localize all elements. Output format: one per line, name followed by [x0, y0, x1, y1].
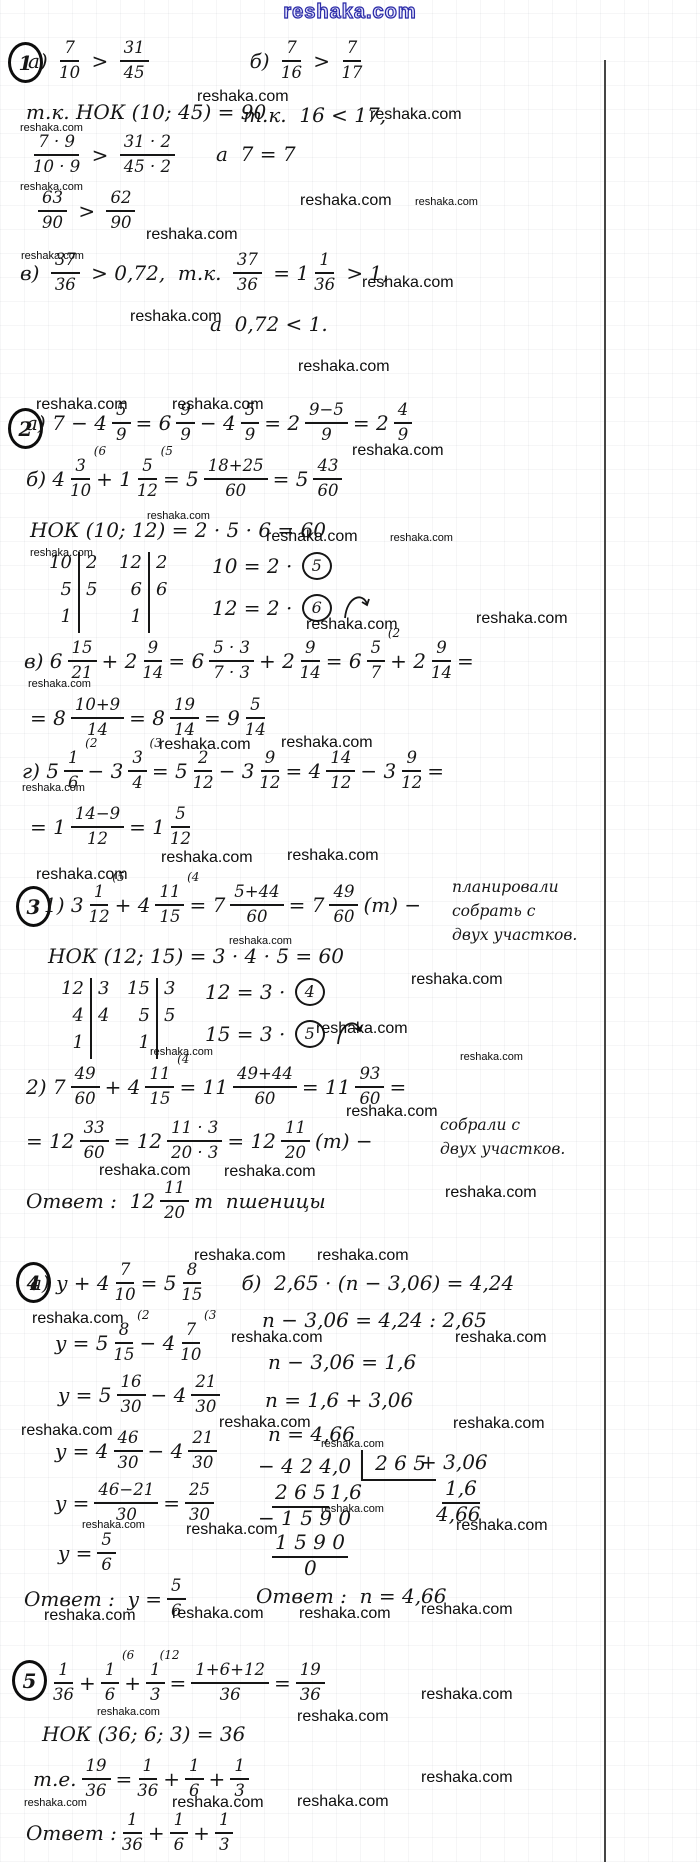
fraction-numerator: 14−9 [71, 806, 124, 828]
math-line: 102551 [40, 552, 97, 633]
fraction-numerator: 46−21 [94, 1482, 158, 1504]
math-line: 122661 [110, 552, 167, 633]
prime-factor [90, 1032, 98, 1059]
math-line: а 7 = 7 [216, 142, 296, 166]
margin-line [604, 60, 606, 1862]
fraction: 16 [170, 1812, 189, 1853]
math-text: = 5 [273, 467, 309, 491]
fraction: 815 [181, 1262, 202, 1303]
fraction: 310(6 [70, 458, 91, 499]
watermark: reshaka.com [224, 1163, 316, 1181]
fraction-numerator: 7 [343, 40, 362, 62]
fraction-denominator: 36 [122, 1834, 143, 1854]
watermark: reshaka.com [82, 1519, 145, 1531]
fraction-numerator: 11 [145, 1066, 174, 1088]
watermark: reshaka.com [317, 1247, 409, 1265]
fraction-denominator: 90 [42, 212, 63, 232]
math-text: собрали с [440, 1116, 520, 1134]
fraction-numerator: 25 [185, 1482, 214, 1504]
math-line: 136+16(6+13(12=1+6+1236=1936 [48, 1662, 330, 1703]
math-text: = 11 [179, 1075, 228, 1099]
watermark: reshaka.com [172, 1605, 264, 1623]
math-text: y = 4 [55, 1439, 109, 1463]
math-text: y = 5 [58, 1383, 112, 1407]
math-text: = [457, 649, 474, 673]
fraction: 514 [245, 697, 266, 738]
fraction-denominator: 15 [114, 1344, 135, 1364]
note-line: двух участков. [440, 1140, 565, 1158]
note-line: собрали с [440, 1116, 520, 1134]
fraction-denominator: 36 [55, 274, 76, 294]
fraction-numerator: 1 [101, 1662, 120, 1684]
fraction-numerator: 1 [185, 1758, 204, 1780]
fraction-numerator: 14 [326, 750, 355, 772]
math-text: = 5 [152, 759, 188, 783]
watermark: reshaka.com [194, 1247, 286, 1265]
factor-value: 1 [52, 1032, 90, 1059]
math-text: = 2 [353, 411, 389, 435]
math-text: = 1 [267, 261, 309, 285]
math-text: > [307, 49, 336, 73]
math-text: а 0,72 < 1. [210, 312, 328, 336]
fraction-denominator: 12 [401, 772, 422, 792]
math-text: + [79, 1671, 96, 1695]
fraction: 4960 [329, 884, 358, 925]
fraction-numerator: 5 · 3 [209, 640, 254, 662]
fraction: 710(3 [180, 1322, 201, 1363]
math-line: а) 710 > 3145б) 716 > 717 [28, 40, 367, 81]
fraction-numerator: 11 [281, 1120, 310, 1142]
fraction-denominator: 6 [105, 1684, 116, 1704]
watermark: reshaka.com [346, 1103, 438, 1121]
fraction-denominator: 9 [245, 424, 256, 444]
fraction-numerator: 5 [171, 806, 190, 828]
math-text: = 6 [168, 649, 204, 673]
watermark: reshaka.com [97, 1706, 160, 1718]
factor-value: 12 [110, 552, 148, 579]
factor-value: 1 [40, 606, 78, 633]
fraction: 13 [230, 1758, 249, 1799]
math-text: = 8 [129, 706, 165, 730]
factor-table-row: 55 [40, 579, 97, 606]
math-text: + [163, 1767, 180, 1791]
fraction-denominator: 17 [341, 62, 362, 82]
watermark: reshaka.com [231, 1329, 323, 1347]
math-line: n = 1,6 + 3,06 [265, 1388, 413, 1412]
factor-value: 1 [110, 606, 148, 633]
underlined-number: 1,6 [442, 1476, 480, 1504]
fraction-denominator: 12 [170, 828, 191, 848]
math-text: = 12 [26, 1129, 75, 1153]
fraction-denominator: 6 [101, 1554, 112, 1574]
extra-factor-mark: (4 [187, 871, 199, 883]
math-text: а) [28, 49, 54, 73]
watermark: reshaka.com [21, 250, 84, 262]
fraction-denominator: 36 [314, 274, 335, 294]
fraction-numerator: 9 [261, 750, 280, 772]
fraction-denominator: 30 [118, 1452, 139, 1472]
watermark: reshaka.com [415, 196, 478, 208]
math-text: = 4 [286, 759, 322, 783]
fraction-numerator: 1 [54, 1662, 73, 1684]
fraction-denominator: 20 [164, 1202, 185, 1222]
watermark: reshaka.com [32, 1310, 124, 1328]
fraction: 13 [215, 1812, 234, 1853]
fraction: 914 [142, 640, 163, 681]
math-text: = 1 [129, 815, 165, 839]
math-line: а) y + 4710= 5815б) 2,65 · (n − 3,06) = … [30, 1262, 514, 1303]
math-text: n − 3,06 = 1,6 [268, 1350, 416, 1374]
watermark: reshaka.com [22, 782, 85, 794]
watermark: reshaka.com [421, 1686, 513, 1704]
math-line: 1) 3112(5+ 41115(4= 75+4460= 74960(т) − [44, 884, 421, 925]
math-line: y = 5815(2− 4710(3 [55, 1322, 206, 1363]
fraction-denominator: 36 [237, 274, 258, 294]
factor-table-row: 66 [110, 579, 167, 606]
fraction: 716 [281, 40, 302, 81]
factor-table-row: 123 [52, 978, 109, 1005]
watermark: reshaka.com [411, 971, 503, 989]
math-text: − 3 [360, 759, 396, 783]
fraction-numerator: 7 [116, 1262, 135, 1284]
math-line: Ответ :136+16+13 [26, 1812, 238, 1853]
underlined-number: 1 5 9 0 [272, 1530, 348, 1558]
fraction-numerator: 62 [106, 190, 135, 212]
fraction-denominator: 9 [398, 424, 409, 444]
extra-factor-mark: (2 [137, 1309, 149, 1321]
watermark: reshaka.com [172, 396, 264, 414]
math-line: = 114−912= 1512 [30, 806, 196, 847]
watermark: reshaka.com [306, 616, 398, 634]
problem-number: 5 [12, 1660, 47, 1701]
math-text: = 12 [227, 1129, 276, 1153]
fraction: 5+4460 [230, 884, 283, 925]
fraction-denominator: 10 [70, 480, 91, 500]
note-line: собрать с [452, 902, 535, 920]
fraction-numerator: 43 [313, 458, 342, 480]
math-text: y = [58, 1541, 92, 1565]
fraction: 2530 [185, 1482, 214, 1523]
extra-factor-mark: (6 [122, 1649, 134, 1661]
watermark: reshaka.com [299, 1605, 391, 1623]
fraction-denominator: 36 [220, 1684, 241, 1704]
math-text: = 8 [30, 706, 66, 730]
factor-value: 5 [40, 579, 78, 606]
fraction: 18+2560 [204, 458, 268, 499]
watermark: reshaka.com [460, 1051, 523, 1063]
fraction: 11 · 320 · 3 [167, 1120, 222, 1161]
math-text: = 5 [163, 467, 199, 491]
math-text: б) 2,65 · (n − 3,06) = 4,24 [241, 1271, 514, 1295]
math-line: 6390 > 6290 [33, 190, 140, 231]
fraction-denominator: 60 [254, 1088, 275, 1108]
math-text: НОК (36; 6; 3) = 36 [42, 1722, 245, 1746]
math-text: б) 4 [26, 467, 65, 491]
math-text: 12 = 3 · [205, 980, 292, 1004]
extra-factor-mark: (2 [85, 737, 97, 749]
watermark: reshaka.com [229, 935, 292, 947]
fraction: 6290 [106, 190, 135, 231]
fraction-denominator: 9 [321, 424, 332, 444]
math-text: Ответ : 12 [26, 1189, 155, 1213]
extra-factor-mark: (5 [161, 445, 173, 457]
fraction: 1521 [68, 640, 97, 681]
fraction-numerator: 18+25 [204, 458, 268, 480]
prime-factor: 5 [78, 579, 97, 606]
math-line: 12 = 3 · 4 [205, 978, 328, 1006]
fraction: 7 · 910 · 9 [33, 134, 80, 175]
fraction-numerator: 9 [432, 640, 451, 662]
math-line: б) 4310(6+ 1512(5= 518+2560= 54360 [26, 458, 347, 499]
math-text: двух участков. [440, 1140, 565, 1158]
fraction-numerator: 19 [296, 1662, 325, 1684]
fraction-numerator: 21 [188, 1430, 217, 1452]
watermark: reshaka.com [453, 1415, 545, 1433]
prime-factor: 3 [90, 978, 109, 1005]
fraction: 512(5 [137, 458, 158, 499]
watermark: reshaka.com [146, 226, 238, 244]
fraction: 6390 [38, 190, 67, 231]
watermark: reshaka.com [219, 1414, 311, 1432]
watermark: reshaka.com [321, 1438, 384, 1450]
scanned-homework-page: reshaka.com reshaka.comreshaka.comreshak… [0, 0, 700, 1862]
math-line: 123441 [52, 978, 109, 1059]
factor-table: 102551 [40, 552, 97, 633]
math-text: (т) − [315, 1129, 373, 1153]
fraction-numerator: 8 [183, 1262, 202, 1284]
math-text: = [163, 1491, 180, 1515]
fraction-denominator: 60 [225, 480, 246, 500]
fraction-numerator: 19 [170, 697, 199, 719]
prime-factor: 2 [148, 552, 167, 579]
fraction-denominator: 10 [180, 1344, 201, 1364]
math-text: = 7 [289, 893, 325, 917]
math-text: 12 = 2 · [212, 596, 299, 620]
fraction: 1630 [117, 1374, 146, 1415]
math-text: + [209, 1767, 226, 1791]
prime-factor: 5 [156, 1005, 175, 1032]
fraction-denominator: 36 [53, 1684, 74, 1704]
fraction: 13(12 [146, 1662, 165, 1703]
fraction: 1120 [160, 1180, 189, 1221]
math-text: > [72, 199, 101, 223]
math-text: − 4 [200, 411, 236, 435]
header-watermark: reshaka.com [283, 1, 416, 24]
fraction-denominator: 10 · 9 [33, 156, 80, 176]
watermark: reshaka.com [421, 1769, 513, 1787]
factor-value: 15 [118, 978, 156, 1005]
math-text: 10 = 2 · [212, 554, 299, 578]
fraction-numerator: 1 [230, 1758, 249, 1780]
factor-value: 4 [52, 1005, 90, 1032]
watermark: reshaka.com [370, 106, 462, 124]
math-line: а 0,72 < 1. [210, 312, 328, 336]
fraction-denominator: 60 [75, 1088, 96, 1108]
fraction-denominator: 12 [89, 906, 110, 926]
fraction-numerator: 1 [146, 1662, 165, 1684]
fraction-denominator: 60 [317, 480, 338, 500]
math-text: + 2 [102, 649, 138, 673]
math-line: НОК (36; 6; 3) = 36 [42, 1722, 245, 1746]
fraction: 2130 [191, 1374, 220, 1415]
math-line: 0 [304, 1556, 317, 1580]
math-line: n − 3,06 = 1,6 [268, 1350, 416, 1374]
math-text: НОК (12; 15) = 3 · 4 · 5 = 60 [48, 944, 344, 968]
watermark: reshaka.com [281, 734, 373, 752]
math-text: + [148, 1821, 165, 1845]
fraction: 10+914 [71, 697, 124, 738]
fraction-denominator: 45 [124, 62, 145, 82]
math-text: двух участков. [452, 926, 577, 944]
watermark: reshaka.com [266, 528, 358, 546]
fraction: 717 [341, 40, 362, 81]
fraction-denominator: 15 [159, 906, 180, 926]
fraction: 4960 [71, 1066, 100, 1107]
factor-table: 123441 [52, 978, 109, 1059]
fraction-denominator: 90 [110, 212, 131, 232]
math-text: = 12 [114, 1129, 163, 1153]
math-line: = 123360= 1211 · 320 · 3= 121120(т) − [26, 1120, 373, 1161]
math-line: + 3,06 [420, 1450, 488, 1474]
fraction: 49+4460 [233, 1066, 297, 1107]
fraction: 710 [59, 40, 80, 81]
fraction-numerator: 10+9 [71, 697, 124, 719]
fraction-numerator: 5 [97, 1532, 116, 1554]
math-text: = [389, 1075, 406, 1099]
fraction-denominator: 14 [142, 662, 163, 682]
fraction-numerator: 5 [167, 1578, 186, 1600]
fraction: 1120 [281, 1120, 310, 1161]
watermark: reshaka.com [150, 1046, 213, 1058]
fraction-numerator: 7 [282, 40, 301, 62]
fraction-numerator: 31 · 2 [120, 134, 175, 156]
fraction-denominator: 60 [84, 1142, 105, 1162]
math-line: 10 = 2 · 5 [212, 552, 335, 580]
fraction-denominator: 14 [431, 662, 452, 682]
watermark: reshaka.com [28, 678, 91, 690]
fraction: 46−2130 [94, 1482, 158, 1523]
fraction: 31 · 245 · 2 [120, 134, 175, 175]
fraction: 912 [260, 750, 281, 791]
fraction-numerator: 1 [170, 1812, 189, 1834]
watermark: reshaka.com [159, 736, 251, 754]
watermark: reshaka.com [362, 274, 454, 292]
prime-factor [78, 606, 86, 633]
math-text: − 3 [88, 759, 124, 783]
circled-number: 5 [302, 552, 332, 580]
fraction-denominator: 7 [371, 662, 382, 682]
fraction-numerator: 9 [402, 750, 421, 772]
fraction-denominator: 15 [181, 1284, 202, 1304]
fraction: 914 [431, 640, 452, 681]
fraction: 16 [185, 1758, 204, 1799]
fraction-denominator: 9 [180, 424, 191, 444]
fraction: 14−912 [71, 806, 124, 847]
fraction-numerator: 1 [139, 1758, 158, 1780]
fraction: 1412 [326, 750, 355, 791]
math-text: n = 1,6 + 3,06 [265, 1388, 413, 1412]
math-text: = 6 [136, 411, 172, 435]
math-line: y =46−2130=2530 [55, 1482, 219, 1523]
math-text: + [193, 1821, 210, 1845]
fraction-numerator: 15 [68, 640, 97, 662]
fraction-numerator: 49+44 [233, 1066, 297, 1088]
math-text: = 5 [141, 1271, 177, 1295]
prime-factor: 3 [156, 978, 175, 1005]
fraction: 3360 [80, 1120, 109, 1161]
math-text: − 4 [148, 1439, 184, 1463]
factor-value: 6 [110, 579, 148, 606]
math-text: 1,6 [330, 1480, 362, 1504]
math-text: + [124, 1671, 141, 1695]
fraction-numerator: 9 [144, 640, 163, 662]
math-line: 1 5 9 0 [272, 1530, 348, 1558]
fraction-denominator: 14 [300, 662, 321, 682]
fraction: 3145 [120, 40, 149, 81]
watermark: reshaka.com [30, 547, 93, 559]
fraction-denominator: 15 [149, 1088, 170, 1108]
fraction-numerator: 37 [233, 252, 262, 274]
watermark: reshaka.com [316, 1020, 408, 1038]
fraction-numerator: 3 [128, 750, 147, 772]
fraction-numerator: 11 [160, 1180, 189, 1202]
fraction-denominator: 20 · 3 [171, 1142, 218, 1162]
fraction-denominator: 12 [260, 772, 281, 792]
fraction: 1115(4 [155, 884, 184, 925]
math-text: y = 5 [55, 1331, 109, 1355]
watermark: reshaka.com [297, 1793, 389, 1811]
factor-table-row: 153 [118, 978, 175, 1005]
math-text: а) 7 − 4 [26, 411, 107, 435]
math-text: 1) 3 [44, 893, 84, 917]
fraction-denominator: 12 [193, 772, 214, 792]
math-text: + 4 [105, 1075, 141, 1099]
math-text: собрать с [452, 902, 535, 920]
watermark: reshaka.com [24, 1797, 87, 1809]
fraction: 49 [394, 402, 413, 443]
math-line: т.к. 16 < 17, [243, 103, 386, 127]
factor-value: 12 [52, 978, 90, 1005]
math-text: Ответ : [26, 1821, 117, 1845]
math-text: 0 [304, 1556, 317, 1580]
fraction-numerator: 49 [71, 1066, 100, 1088]
math-text: > [85, 143, 114, 167]
math-text: в) [20, 261, 46, 285]
watermark: reshaka.com [297, 1708, 389, 1726]
fraction: 9360 [355, 1066, 384, 1107]
math-line: = 810+914= 81914= 9514 [30, 697, 271, 738]
prime-factor [148, 606, 156, 633]
fraction: 57(2 [367, 640, 386, 681]
math-line: НОК (12; 15) = 3 · 4 · 5 = 60 [48, 944, 344, 968]
fraction-numerator: 1+6+12 [191, 1662, 269, 1684]
fraction-denominator: 3 [150, 1684, 161, 1704]
math-text: т.е. [33, 1767, 77, 1791]
watermark: reshaka.com [298, 358, 390, 376]
factor-table-row: 55 [118, 1005, 175, 1032]
math-line: 1,6 [330, 1480, 362, 1504]
fraction-denominator: 36 [137, 1780, 158, 1800]
math-text: = [116, 1767, 133, 1791]
math-text: − 4 [151, 1383, 187, 1407]
fraction-numerator: 1 [64, 750, 83, 772]
watermark: reshaka.com [36, 396, 128, 414]
note-line: двух участков. [452, 926, 577, 944]
fraction-denominator: 45 · 2 [124, 156, 171, 176]
fraction-numerator: 46 [114, 1430, 143, 1452]
fraction-denominator: 60 [333, 906, 354, 926]
fraction-numerator: 1 [123, 1812, 142, 1834]
